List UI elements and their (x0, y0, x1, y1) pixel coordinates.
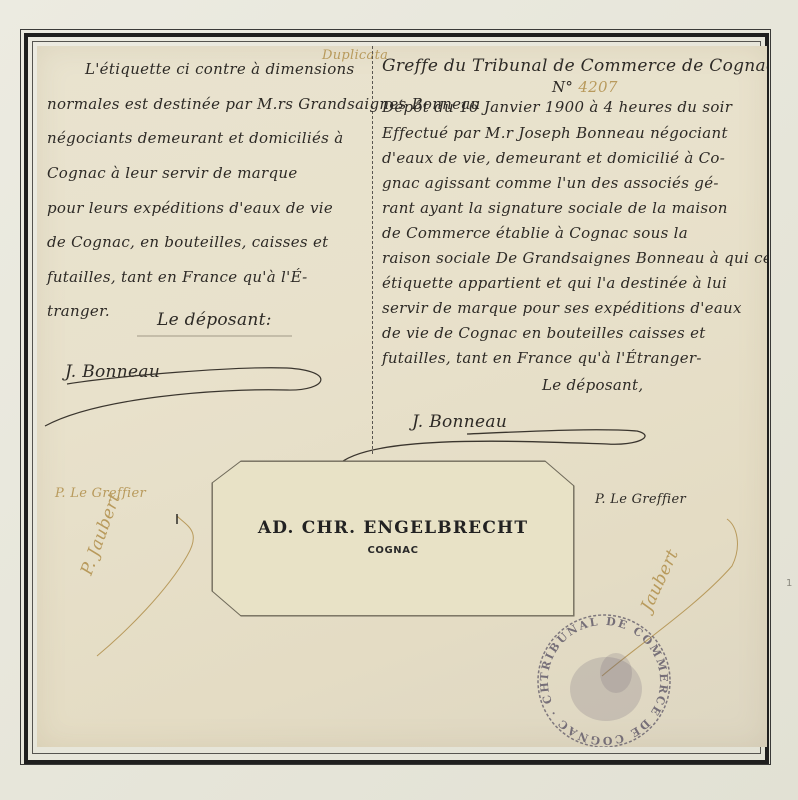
greffier-right-flourish (37, 46, 767, 747)
mount-board: Duplicata L'étiquette ci contre à dimens… (0, 0, 798, 800)
label-subtitle: COGNAC (212, 545, 574, 556)
edge-mark: 1 (786, 578, 792, 589)
engelbrecht-label: AD. CHR. ENGELBRECHT COGNAC (212, 461, 574, 616)
label-title: AD. CHR. ENGELBRECHT (212, 518, 574, 538)
document-paper: Duplicata L'étiquette ci contre à dimens… (37, 46, 767, 747)
